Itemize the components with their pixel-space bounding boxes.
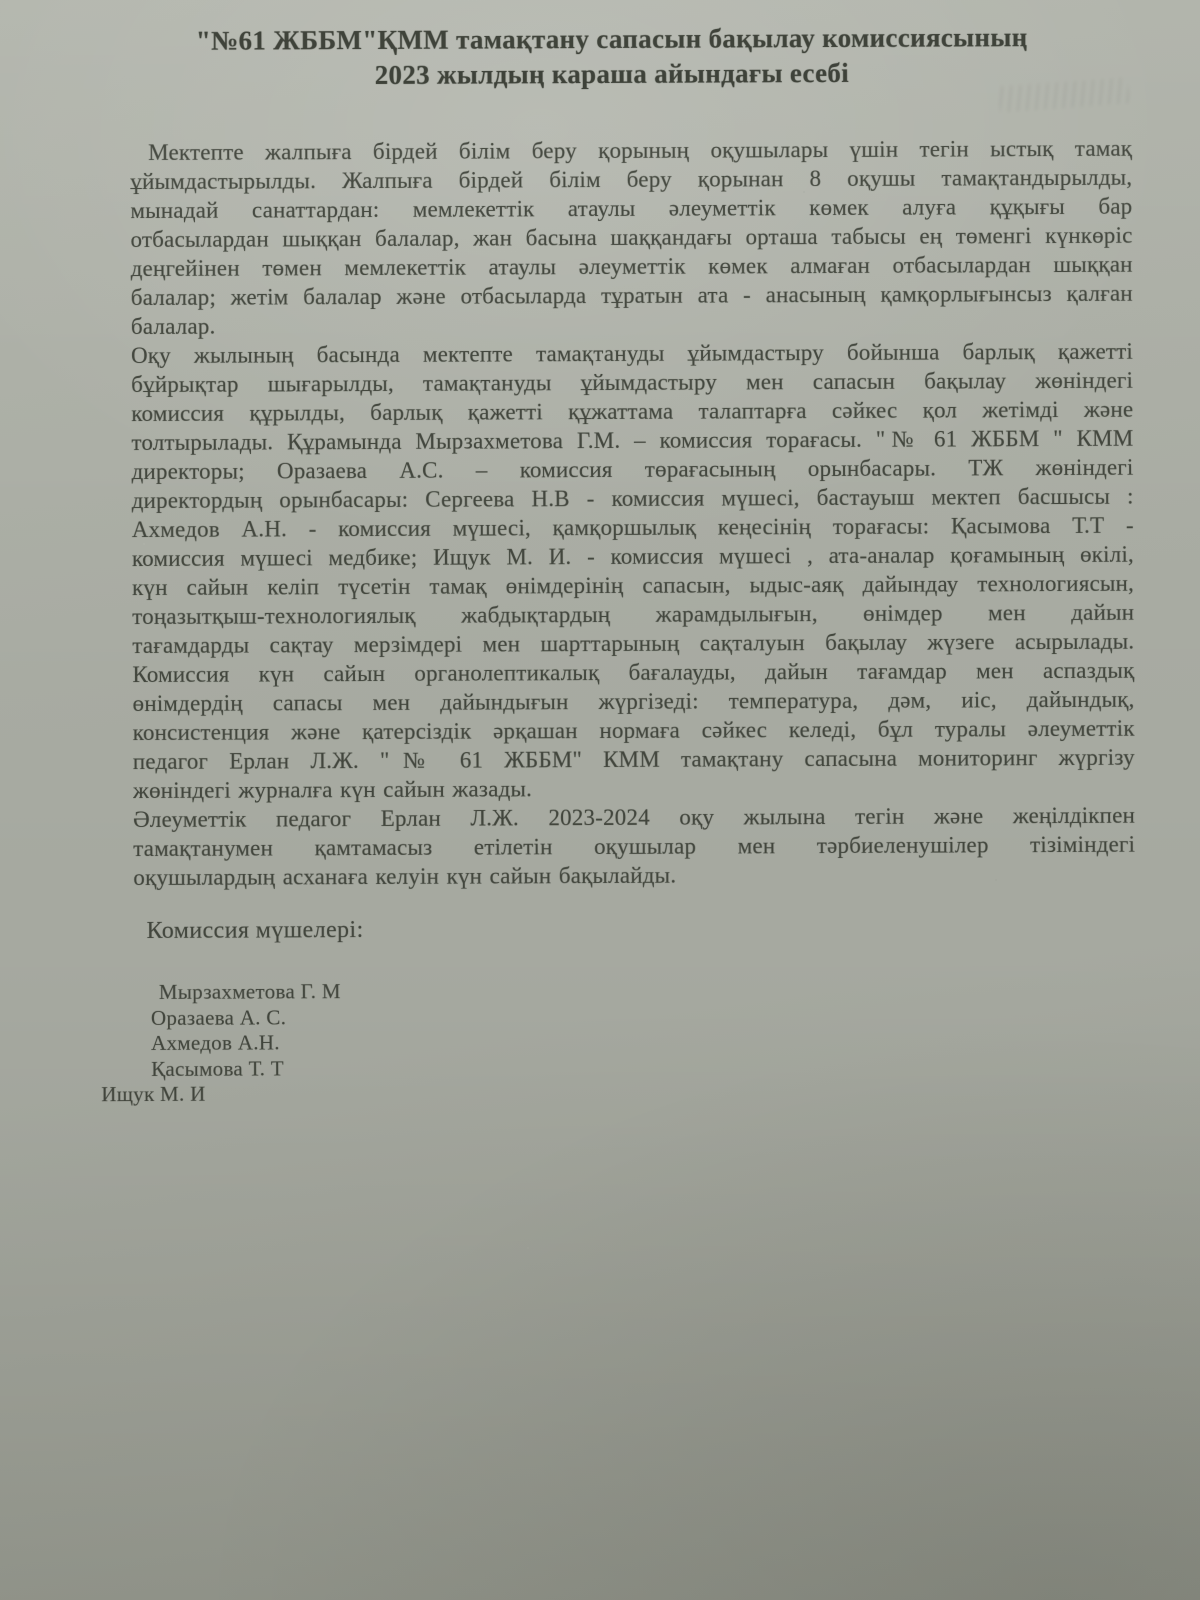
text-line: отбасылардан шыққан балалар, жан басына … — [130, 221, 1132, 254]
text-line: комиссия мүшесі медбике; Ищук М. И. - ко… — [132, 540, 1134, 573]
members-heading: Комиссия мүшелері: — [147, 917, 364, 945]
text-line: директордың орынбасары: Сергеева Н.В - к… — [132, 482, 1134, 515]
text-line: оқушылардың асханаға келуін күн сайын ба… — [133, 859, 1135, 892]
text-line: өнімдердің сапасы мен дайындығын жүргізе… — [133, 685, 1135, 718]
text-line: толтырылады. Құрамында Мырзахметова Г.М.… — [131, 424, 1133, 457]
text-line: балалар. — [131, 308, 1133, 341]
text-line: Мектепте жалпыға бірдей білім беру қорын… — [130, 134, 1132, 167]
document-photo: "№61 ЖББМ"ҚММ тамақтану сапасын бақылау … — [0, 0, 1200, 1600]
member-name: Ахмедов А.Н. — [101, 1029, 601, 1057]
text-line: балалар; жетім балалар және отбасыларда … — [131, 279, 1133, 312]
paragraph-social-pedagog: Әлеуметтік педагог Ерлан Л.Ж. 2023-2024 … — [133, 801, 1135, 892]
text-line: деңгейінен төмен мемлекеттік атаулы әлеу… — [131, 250, 1133, 283]
member-name: Ищук М. И — [101, 1080, 601, 1108]
members-list: Мырзахметова Г. МОразаева А. С.Ахмедов А… — [101, 978, 602, 1108]
text-line: жөніндегі журналға күн сайын жазады. — [133, 772, 1135, 805]
document-body: Мектепте жалпыға бірдей білім беру қорын… — [130, 134, 1135, 892]
text-line: консистенция және қатерсіздік әрқашан но… — [133, 714, 1135, 747]
document-title: "№61 ЖББМ"ҚММ тамақтану сапасын бақылау … — [27, 19, 1197, 94]
text-line: комиссия құрылды, барлық қажетті құжатта… — [131, 395, 1133, 428]
text-line: тағамдарды сақтау мерзімдері мен шарттар… — [132, 627, 1134, 660]
text-line: күн сайын келіп түсетін тамақ өнімдеріні… — [132, 569, 1134, 602]
member-name: Мырзахметова Г. М — [101, 978, 601, 1006]
text-line: директоры; Оразаева А.С. – комиссия төра… — [131, 453, 1133, 486]
text-line: тамақтанумен қамтамасыз етілетін оқушыла… — [133, 830, 1135, 863]
text-line: Әлеуметтік педагог Ерлан Л.Ж. 2023-2024 … — [133, 801, 1135, 834]
paragraph-commission-work: Оқу жылының басында мектепте тамақтануды… — [131, 337, 1135, 805]
text-line: мынадай санаттардан: мемлекеттік атаулы … — [130, 192, 1132, 225]
text-line: ұйымдастырылды. Жалпыға бірдей білім бер… — [130, 163, 1132, 196]
member-name: Қасымова Т. Т — [101, 1054, 601, 1082]
text-line: Ахмедов А.Н. - комиссия мүшесі, қамқоршы… — [132, 511, 1134, 544]
text-line: Оқу жылының басында мектепте тамақтануды… — [131, 337, 1133, 370]
document-title-line-2: 2023 жылдың караша айындағы есебі — [27, 54, 1197, 94]
paragraph-free-meals: Мектепте жалпыға бірдей білім беру қорын… — [130, 134, 1133, 341]
text-line: педагог Ерлан Л.Ж. "№ 61 ЖББМ" КММ тамақ… — [133, 743, 1135, 776]
member-name: Оразаева А. С. — [101, 1003, 601, 1031]
text-line: тоңазытқыш-технологиялық жабдықтардың жа… — [132, 598, 1134, 631]
text-line: бұйрықтар шығарылды, тамақтануды ұйымдас… — [131, 366, 1133, 399]
document-page: "№61 ЖББМ"ҚММ тамақтану сапасын бақылау … — [0, 0, 1200, 1600]
document-title-line-1: "№61 ЖББМ"ҚММ тамақтану сапасын бақылау … — [27, 19, 1197, 59]
text-line: Комиссия күн сайын органолептикалық баға… — [132, 656, 1134, 689]
